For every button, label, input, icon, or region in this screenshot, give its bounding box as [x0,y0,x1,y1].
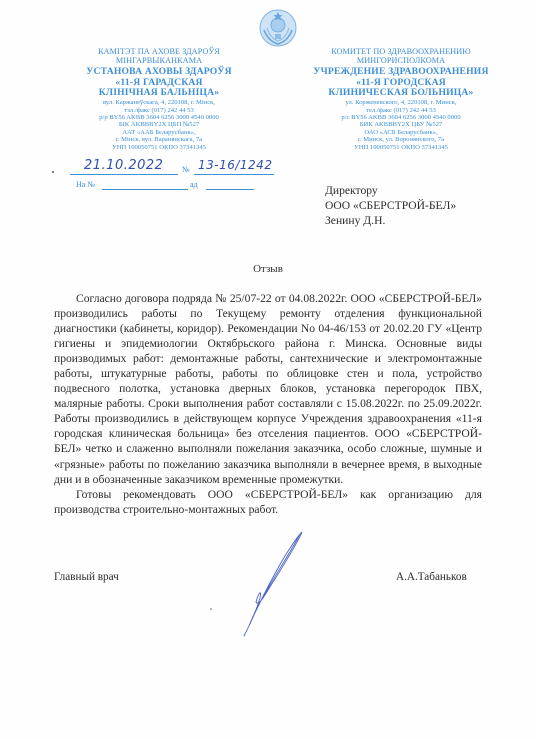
letter-body: Согласно договора подряда № 25/07-22 от … [54,291,482,517]
bank-name-line: ОАО «АСБ Беларусбанк», [296,129,506,136]
signatory-name: А.А.Табаньков [396,571,467,583]
handwritten-signature-icon [232,528,308,638]
number-handwritten: 13-16/1242 [198,158,272,172]
org-address: ул. Корженевского, 4, 220108, г. Минск, … [296,99,506,151]
phone-line: тэл./факс (017) 242 44 53 [54,107,264,114]
unp-okpo-line: УНП 100050751 ОКПО 37341345 [54,144,264,151]
scan-speck [210,608,212,610]
ministry-line-2: МІНГАРВЫКАНКАМА [54,57,264,66]
signatory-position: Главный врач [54,571,119,583]
bank-name-line: ААТ «ААБ Беларусбанк», [54,129,264,136]
unp-okpo-line: УНП 100050751 ОКПО 37341345 [296,144,506,151]
bank-account-line: р/р BY56 AKBB 3604 6256 3000 4540 0000 [54,114,264,121]
address-line: вул. Каржанеўскага, 4, 220108, г. Мінск, [54,99,264,106]
addressee-position: Директору [325,184,456,199]
address-line: ул. Корженевского, 4, 220108, г. Минск, [296,99,506,106]
letterhead-russian: КОМИТЕТ ПО ЗДРАВООХРАНЕНИЮ МИНГОРИСПОЛКО… [296,48,506,151]
body-paragraph-2: Готовы рекомендовать ООО «СБЕРСТРОЙ-БЕЛ»… [54,487,482,517]
date-underline [70,174,178,175]
number-underline [194,174,274,175]
bik-line: БІК AKBBBY2X ЦБП №527 [54,121,264,128]
phone-line: тел./факс (017) 242 44 53 [296,107,506,114]
org-address: вул. Каржанеўскага, 4, 220108, г. Мінск,… [54,99,264,151]
scan-speck [52,171,54,173]
bank-account-line: р/с BY56 AKBB 3604 6256 3000 4540 0000 [296,114,506,121]
reply-number-underline [102,189,188,190]
scanned-letter-page: КАМІТЭТ ПА АХОВЕ ЗДАРОЎЯ МІНГАРВЫКАНКАМА… [0,0,536,739]
number-label: № [182,165,190,174]
body-paragraph-1: Согласно договора подряда № 25/07-22 от … [54,291,482,487]
reply-date-underline [206,189,254,190]
reply-to-label: На № [76,180,95,189]
bank-address-line: г. Минск, ул. Воронянского, 7а [296,136,506,143]
coat-of-arms-icon [258,8,298,48]
addressee-name: Зенину Д.Н. [325,214,456,229]
ministry-line-2: МИНГОРИСПОЛКОМА [296,57,506,66]
from-label: ад [190,180,198,189]
addressee-company: ООО «СБЕРСТРОЙ-БЕЛ» [325,199,456,214]
org-name-line-3: КЛІНІЧНАЯ БАЛЬНІЦА» [54,88,264,98]
bik-line: БИК AKBBBY2X ЦБУ №527 [296,121,506,128]
date-handwritten: 21.10.2022 [84,158,163,173]
letterhead-belarusian: КАМІТЭТ ПА АХОВЕ ЗДАРОЎЯ МІНГАРВЫКАНКАМА… [54,48,264,151]
org-name-line-3: КЛИНИЧЕСКАЯ БОЛЬНИЦА» [296,88,506,98]
document-title: Отзыв [0,263,536,275]
addressee-block: Директору ООО «СБЕРСТРОЙ-БЕЛ» Зенину Д.Н… [325,184,456,228]
bank-address-line: г. Мінск, вул. Варанянскага, 7а [54,136,264,143]
